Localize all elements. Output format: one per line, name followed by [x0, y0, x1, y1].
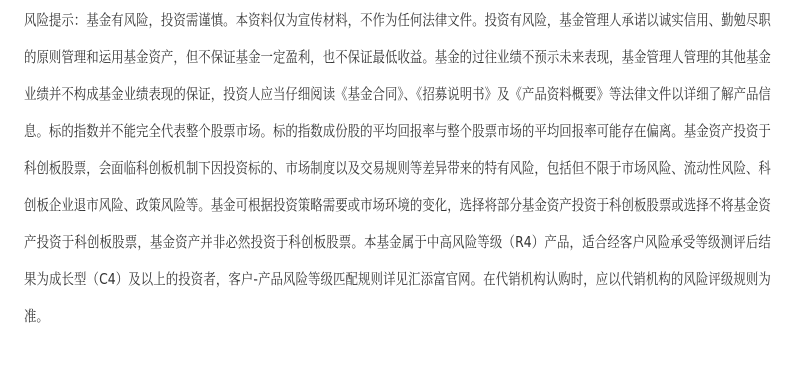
- document-canvas: 风险提示：基金有风险，投资需谨慎。本资料仅为宣传材料，不作为任何法律文件。投资有…: [0, 0, 800, 378]
- risk-disclaimer-text: 风险提示：基金有风险，投资需谨慎。本资料仅为宣传材料，不作为任何法律文件。投资有…: [24, 2, 771, 335]
- risk-disclaimer-page: { "document": { "type": "fund-risk-discl…: [0, 0, 800, 378]
